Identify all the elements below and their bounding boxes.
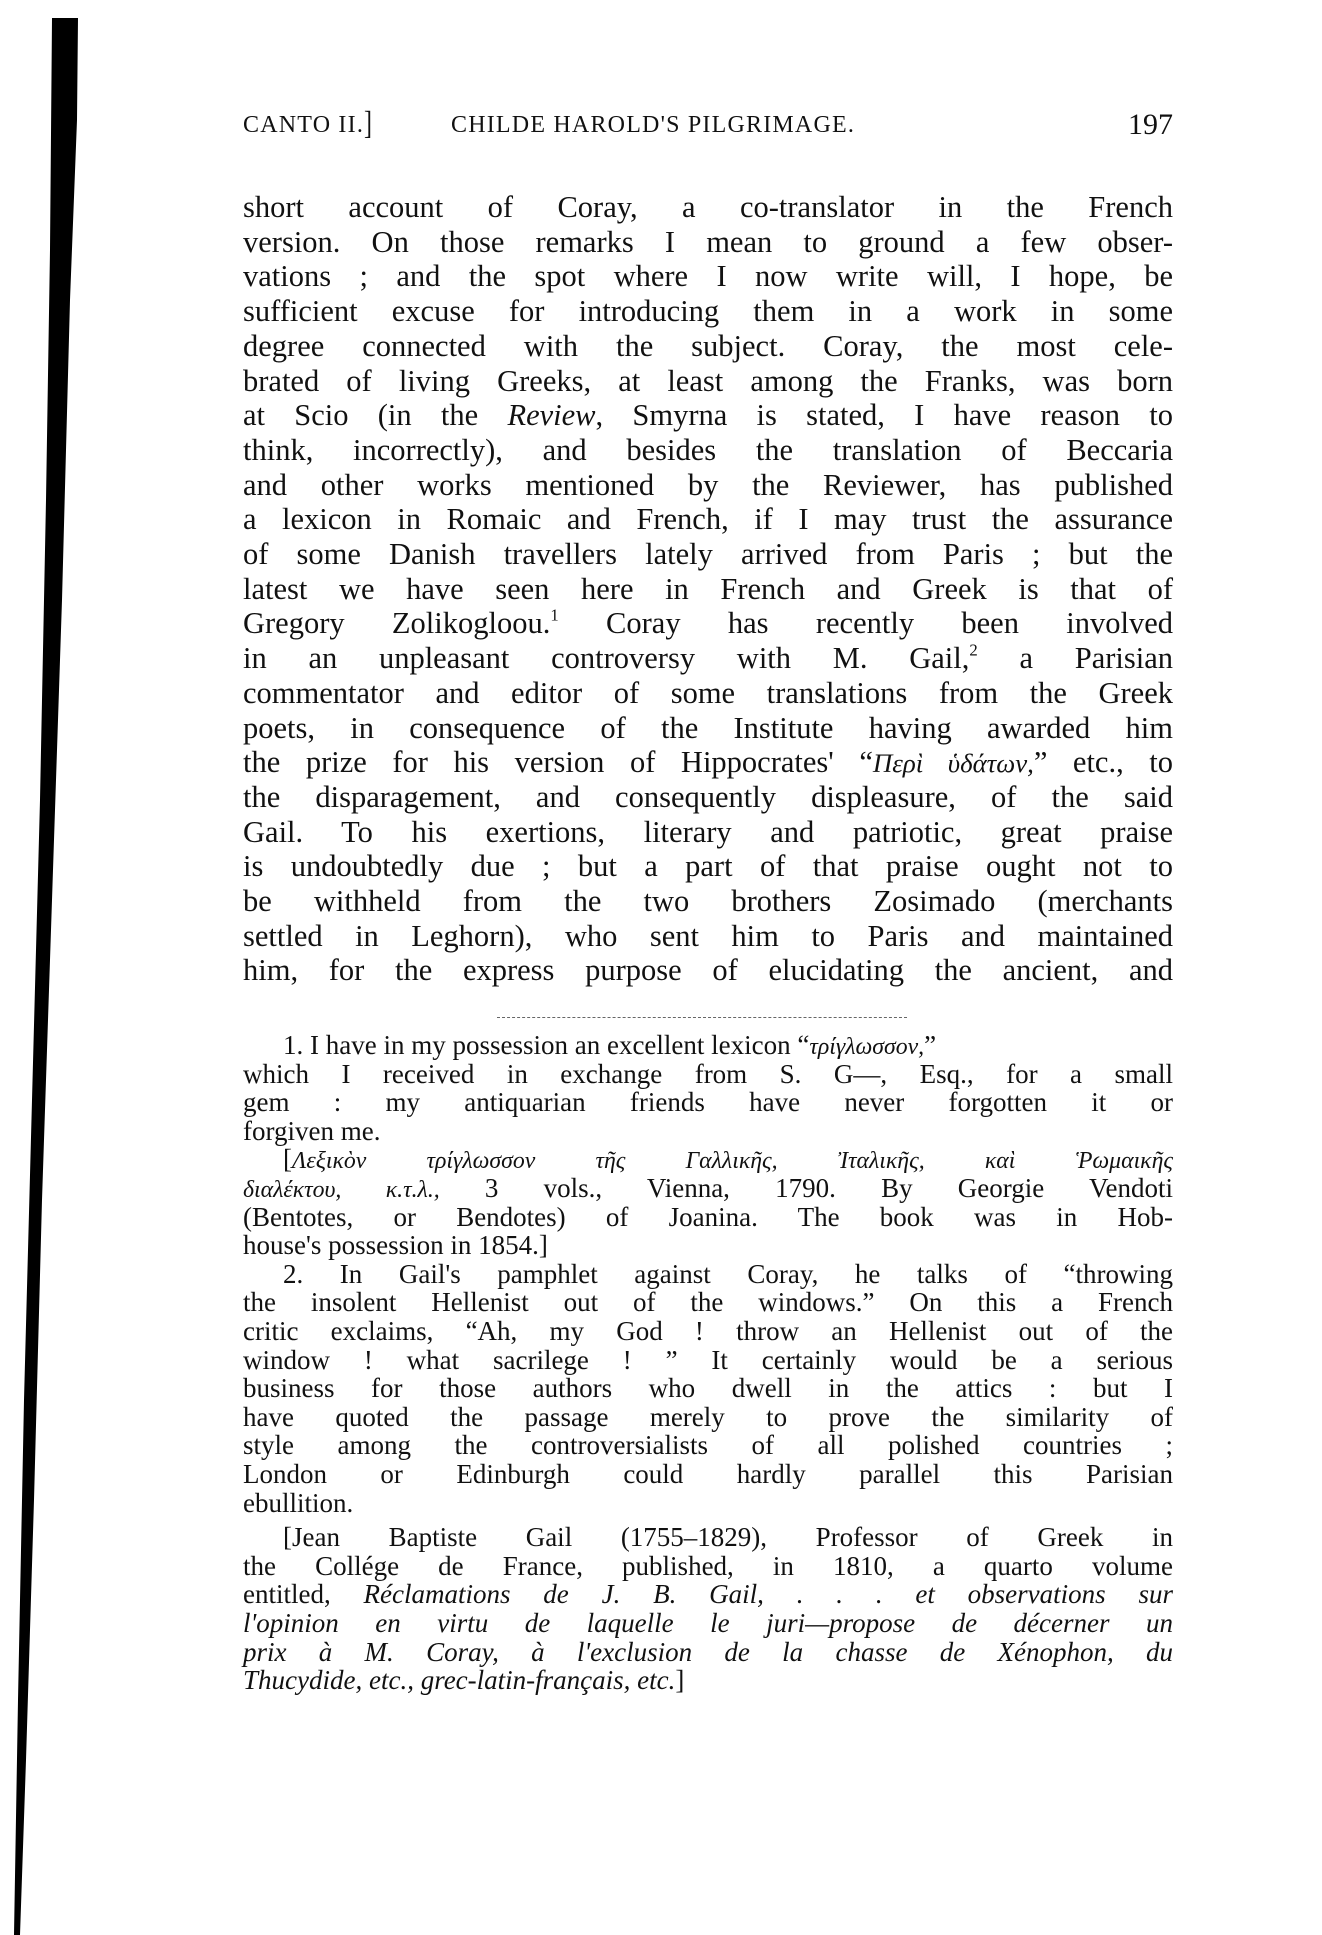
footnote-1-line: which I received in exchange from S. G—,… bbox=[243, 1060, 1173, 1089]
editor-note-2-line: prix à M. Coray, à l'exclusion de la cha… bbox=[243, 1638, 1173, 1667]
text-run: 3 vols., Vienna, 1790. By Georgie Vendot… bbox=[440, 1173, 1173, 1203]
footnote-2-line: 2. In Gail's pamphlet against Coray, he … bbox=[243, 1260, 1173, 1289]
body-line: version. On those remarks I mean to grou… bbox=[243, 225, 1173, 260]
running-head: CANTO II.] CHILDE HAROLD'S PILGRIMAGE. 1… bbox=[243, 112, 1173, 146]
editor-note-2-line: the Collége de France, published, in 181… bbox=[243, 1552, 1173, 1581]
footnote-1-line: gem : my antiquarian friends have never … bbox=[243, 1088, 1173, 1117]
italic-title: prix à M. Coray, à l'exclusion de la cha… bbox=[243, 1637, 1173, 1667]
footnote-2-line: the insolent Hellenist out of the window… bbox=[243, 1288, 1173, 1317]
body-line: of some Danish travellers lately arrived… bbox=[243, 537, 1173, 572]
body-line: a lexicon in Romaic and French, if I may… bbox=[243, 502, 1173, 537]
text-run: ] bbox=[675, 1665, 684, 1695]
footnote-2-line: critic exclaims, “Ah, my God ! throw an … bbox=[243, 1317, 1173, 1346]
text-run: Gregory Zolikogloou. bbox=[243, 606, 550, 640]
body-line: him, for the express purpose of elucidat… bbox=[243, 953, 1173, 988]
italic-title: Thucydide, etc., grec-latin-français, et… bbox=[243, 1665, 675, 1695]
body-line: be withheld from the two brothers Zosima… bbox=[243, 884, 1173, 919]
editor-note-1-line: house's possession in 1854.] bbox=[243, 1231, 1173, 1260]
italic-title: Review bbox=[507, 398, 595, 432]
page-number: 197 bbox=[1128, 108, 1173, 142]
footnote-2-line: London or Edinburgh could hardly paralle… bbox=[243, 1460, 1173, 1489]
greek-text: Λεξικὸν τρίγλωσσον τῆς Γαλλικῆς, Ἰταλικῆ… bbox=[292, 1148, 1173, 1174]
footnote-1-line: 1. I have in my possession an excellent … bbox=[243, 1031, 1173, 1060]
footnote-2-line: window ! what sacrilege ! ” It certainly… bbox=[243, 1346, 1173, 1375]
body-line: sufficient excuse for introducing them i… bbox=[243, 294, 1173, 329]
italic-title: l'opinion en virtu de laquelle le juri—p… bbox=[243, 1608, 1173, 1638]
body-line: short account of Coray, a co-translator … bbox=[243, 190, 1173, 225]
canto-label: CANTO II.] bbox=[243, 112, 373, 139]
editor-note-1-line: [Λεξικὸν τρίγλωσσον τῆς Γαλλικῆς, Ἰταλικ… bbox=[243, 1145, 1173, 1174]
body-line: commentator and editor of some translati… bbox=[243, 676, 1173, 711]
italic-title: Réclamations de J. B. Gail, . . . et obs… bbox=[364, 1579, 1173, 1609]
greek-text: Περὶ ὑδάτων, bbox=[873, 748, 1034, 778]
body-line: latest we have seen here in French and G… bbox=[243, 572, 1173, 607]
footnote-ref: 1 bbox=[550, 606, 558, 625]
body-line: in an unpleasant controversy with M. Gai… bbox=[243, 641, 1173, 676]
body-line: Gregory Zolikogloou.1 Coray has recently… bbox=[243, 606, 1173, 641]
editor-note-2-line: l'opinion en virtu de laquelle le juri—p… bbox=[243, 1609, 1173, 1638]
text-run: in an unpleasant controversy with M. Gai… bbox=[243, 641, 969, 675]
text-run: , Smyrna is stated, I have reason to bbox=[596, 398, 1174, 432]
body-line: brated of living Greeks, at least among … bbox=[243, 364, 1173, 399]
footnote-ref: 2 bbox=[969, 641, 977, 660]
footnote-2-line: business for those authors who dwell in … bbox=[243, 1374, 1173, 1403]
footnote-separator bbox=[497, 1017, 907, 1018]
text-run: 1. I have in my possession an excellent … bbox=[283, 1030, 809, 1060]
body-line: vations ; and the spot where I now write… bbox=[243, 259, 1173, 294]
text-run: [ bbox=[283, 1144, 292, 1174]
text-run: at Scio (in the bbox=[243, 398, 507, 432]
binding-edge-shadow bbox=[0, 0, 90, 1935]
editor-note-2-line: [Jean Baptiste Gail (1755–1829), Profess… bbox=[243, 1523, 1173, 1552]
body-line: at Scio (in the Review, Smyrna is stated… bbox=[243, 398, 1173, 433]
editor-note-2-line: Thucydide, etc., grec-latin-français, et… bbox=[243, 1666, 1173, 1695]
body-line: Gail. To his exertions, literary and pat… bbox=[243, 815, 1173, 850]
footnote-1-line: forgiven me. bbox=[243, 1117, 1173, 1146]
text-run: entitled, bbox=[243, 1579, 364, 1609]
footnote-2-line: style among the controversialists of all… bbox=[243, 1431, 1173, 1460]
body-line: poets, in consequence of the Institute h… bbox=[243, 711, 1173, 746]
editor-note-1-line: (Bentotes, or Bendotes) of Joanina. The … bbox=[243, 1203, 1173, 1232]
text-run: ” bbox=[924, 1030, 936, 1060]
body-line: the prize for his version of Hippocrates… bbox=[243, 745, 1173, 780]
text-run: ” etc., to bbox=[1034, 745, 1173, 779]
footnote-2-line: ebullition. bbox=[243, 1489, 1173, 1518]
book-title: CHILDE HAROLD'S PILGRIMAGE. bbox=[451, 112, 855, 139]
body-line: think, incorrectly), and besides the tra… bbox=[243, 433, 1173, 468]
greek-text: τρίγλωσσον, bbox=[809, 1034, 924, 1060]
text-run: the prize for his version of Hippocrates… bbox=[243, 745, 873, 779]
body-line: and other works mentioned by the Reviewe… bbox=[243, 468, 1173, 503]
editor-note-1-line: διαλέκτου, κ.τ.λ., 3 vols., Vienna, 1790… bbox=[243, 1174, 1173, 1203]
body-line: degree connected with the subject. Coray… bbox=[243, 329, 1173, 364]
text-run: a Parisian bbox=[978, 641, 1173, 675]
greek-text: διαλέκτου, κ.τ.λ., bbox=[243, 1177, 440, 1203]
editor-note-2-line: entitled, Réclamations de J. B. Gail, . … bbox=[243, 1580, 1173, 1609]
body-line: is undoubtedly due ; but a part of that … bbox=[243, 849, 1173, 884]
body-line: settled in Leghorn), who sent him to Par… bbox=[243, 919, 1173, 954]
body-line: the disparagement, and consequently disp… bbox=[243, 780, 1173, 815]
footnote-2-line: have quoted the passage merely to prove … bbox=[243, 1403, 1173, 1432]
text-run: Coray has recently been involved bbox=[559, 606, 1173, 640]
